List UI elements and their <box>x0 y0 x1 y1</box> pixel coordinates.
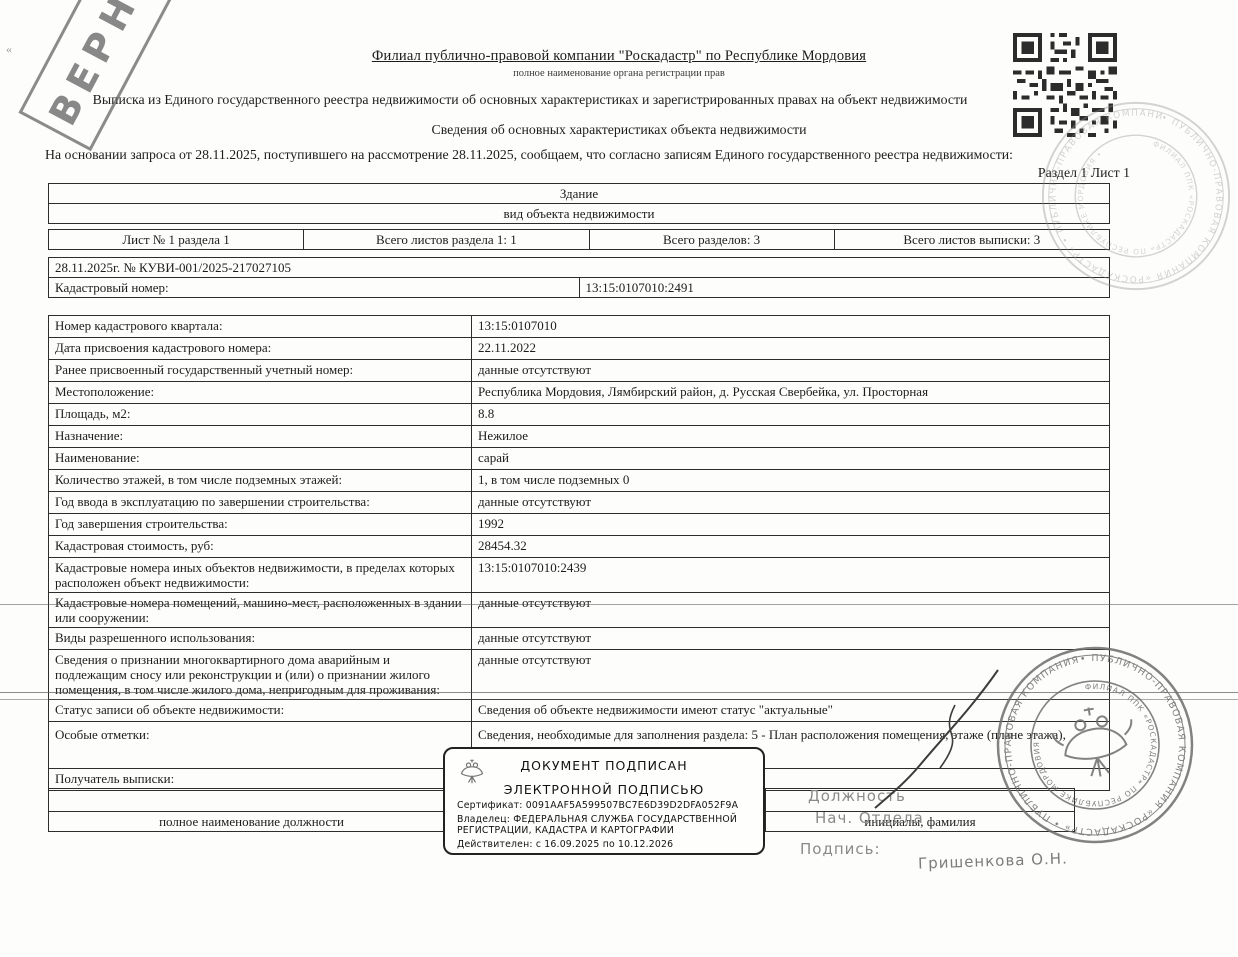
detail-label: Местоположение: <box>49 382 472 404</box>
extract-date-number: 28.11.2025г. № КУВИ-001/2025-217027105 <box>49 258 1110 278</box>
cadastral-number-label: Кадастровый номер: <box>49 278 580 298</box>
detail-value: 1992 <box>472 514 1110 536</box>
registration-authority-caption: полное наименование органа регистрации п… <box>0 68 1238 79</box>
detail-label: Кадастровые номера помещений, машино-мес… <box>49 593 472 628</box>
detail-value: 8.8 <box>472 404 1110 426</box>
request-basis-line: На основании запроса от 28.11.2025, пост… <box>45 147 1085 163</box>
extract-number-table: 28.11.2025г. № КУВИ-001/2025-217027105 К… <box>48 257 1110 298</box>
document-title: Выписка из Единого государственного реес… <box>30 92 1030 108</box>
table-row: Назначение: Нежилое <box>49 426 1110 448</box>
detail-value: 22.11.2022 <box>472 338 1110 360</box>
object-type-table: Здание вид объекта недвижимости <box>48 183 1110 224</box>
detail-label: Номер кадастрового квартала: <box>49 316 472 338</box>
table-row: Кадастровые номера помещений, машино-мес… <box>49 593 1110 628</box>
object-details-table: Номер кадастрового квартала: 13:15:01070… <box>48 315 1110 791</box>
cadastral-number-value: 13:15:0107010:2491 <box>579 278 1110 298</box>
object-type-value: Здание <box>49 184 1110 204</box>
detail-value: 28454.32 <box>472 536 1110 558</box>
detail-value: Республика Мордовия, Лямбирский район, д… <box>472 382 1110 404</box>
coat-of-arms-icon <box>459 757 485 787</box>
detail-value: сарай <box>472 448 1110 470</box>
scanned-egrn-extract-page: « Филиал публично-правовой компании "Рос… <box>0 0 1238 957</box>
detail-label: Год завершения строительства: <box>49 514 472 536</box>
table-row: Год завершения строительства: 1992 <box>49 514 1110 536</box>
detail-label: Ранее присвоенный государственный учетны… <box>49 360 472 382</box>
detail-label: Кадастровая стоимость, руб: <box>49 536 472 558</box>
verna-stamp-label: ВЕРНА <box>40 0 165 133</box>
table-row: Статус записи об объекте недвижимости: С… <box>49 700 1110 722</box>
table-row: Местоположение: Республика Мордовия, Лям… <box>49 382 1110 404</box>
detail-value: данные отсутствуют <box>472 628 1110 650</box>
sheet-number-cell: Лист № 1 раздела 1 <box>49 230 304 250</box>
registration-authority-name: Филиал публично-правовой компании "Роска… <box>0 48 1238 65</box>
table-row: Наименование: сарай <box>49 448 1110 470</box>
total-sheets-cell: Всего листов выписки: 3 <box>834 230 1109 250</box>
position-box-caption: полное наименование должности <box>49 812 455 832</box>
detail-label: Наименование: <box>49 448 472 470</box>
table-row: Кадастровые номера иных объектов недвижи… <box>49 558 1110 593</box>
certificate-number: Сертификат: 0091AAF5A599507BC7E6D39D2DFA… <box>457 800 753 811</box>
certificate-owner: Владелец: ФЕДЕРАЛЬНАЯ СЛУЖБА ГОСУДАРСТВЕ… <box>457 814 753 836</box>
detail-label: Кадастровые номера иных объектов недвижи… <box>49 558 472 593</box>
detail-value: 13:15:0107010 <box>472 316 1110 338</box>
section-sheets-cell: Всего листов раздела 1: 1 <box>304 230 589 250</box>
scan-artifact-mark: « <box>6 42 12 57</box>
detail-value: Сведения об объекте недвижимости имеют с… <box>472 700 1110 722</box>
detail-value: 1, в том числе подземных 0 <box>472 470 1110 492</box>
detail-value: данные отсутствуют <box>472 593 1110 628</box>
document-subtitle: Сведения об основных характеристиках объ… <box>0 122 1238 138</box>
position-signature-box: полное наименование должности <box>48 788 455 832</box>
certificate-validity: Действителен: с 16.09.2025 по 10.12.2026 <box>457 839 753 850</box>
detail-value: данные отсутствуют <box>472 492 1110 514</box>
detail-label: Статус записи об объекте недвижимости: <box>49 700 472 722</box>
table-row: Количество этажей, в том числе подземных… <box>49 470 1110 492</box>
detail-value: Нежилое <box>472 426 1110 448</box>
table-row: Номер кадастрового квартала: 13:15:01070… <box>49 316 1110 338</box>
electronic-signature-box: ДОКУМЕНТ ПОДПИСАН ЭЛЕКТРОННОЙ ПОДПИСЬЮ С… <box>443 747 765 855</box>
scan-artifact-line <box>0 699 1238 700</box>
table-row: Площадь, м2: 8.8 <box>49 404 1110 426</box>
section-sheet-label: Раздел 1 Лист 1 <box>900 165 1130 181</box>
signature-title-line2: ЭЛЕКТРОННОЙ ПОДПИСЬЮ <box>445 782 763 797</box>
table-row: Кадастровая стоимость, руб: 28454.32 <box>49 536 1110 558</box>
total-sections-cell: Всего разделов: 3 <box>589 230 834 250</box>
detail-value: данные отсутствуют <box>472 360 1110 382</box>
detail-label: Назначение: <box>49 426 472 448</box>
detail-label: Площадь, м2: <box>49 404 472 426</box>
signature-title-line1: ДОКУМЕНТ ПОДПИСАН <box>445 758 763 773</box>
table-row: Ранее присвоенный государственный учетны… <box>49 360 1110 382</box>
table-row: Виды разрешенного использования: данные … <box>49 628 1110 650</box>
object-type-caption: вид объекта недвижимости <box>49 204 1110 224</box>
scan-artifact-line <box>0 604 1238 605</box>
scan-artifact-line <box>0 692 1238 693</box>
position-value-text: Нач. Отдела <box>815 809 924 827</box>
sheets-summary-table: Лист № 1 раздела 1 Всего листов раздела … <box>48 229 1110 250</box>
position-stamp-text: Должность <box>808 787 906 805</box>
signature-label-text: Подпись: <box>800 840 881 858</box>
table-row: Год ввода в эксплуатацию по завершении с… <box>49 492 1110 514</box>
signer-name-text: Гришенкова О.Н. <box>918 849 1068 872</box>
detail-label: Дата присвоения кадастрового номера: <box>49 338 472 360</box>
table-row: Дата присвоения кадастрового номера: 22.… <box>49 338 1110 360</box>
detail-label: Количество этажей, в том числе подземных… <box>49 470 472 492</box>
detail-value: 13:15:0107010:2439 <box>472 558 1110 593</box>
position-signature-space <box>49 789 455 812</box>
detail-label: Год ввода в эксплуатацию по завершении с… <box>49 492 472 514</box>
detail-label: Виды разрешенного использования: <box>49 628 472 650</box>
detail-label: Особые отметки: <box>49 722 472 769</box>
